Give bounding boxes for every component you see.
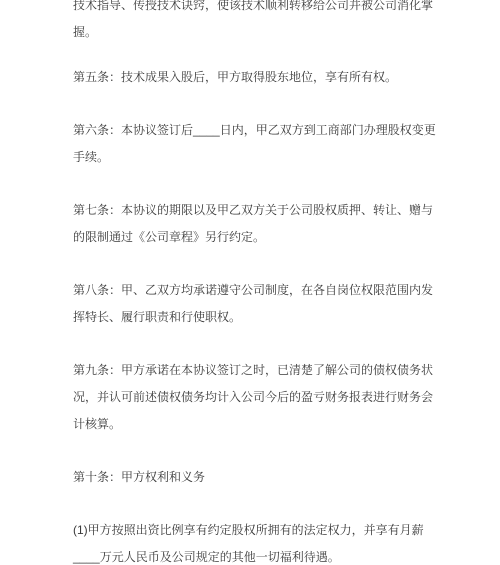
paragraph-article-7: 第七条：本协议的期限以及甲乙双方关于公司股权质押、转让、赠与 的限制通过《公司章…	[73, 197, 429, 251]
document-content: 技术指导、传授技术诀窍，使该技术顺利转移给公司并被公司消化掌 握。 第五条：技术…	[73, 0, 429, 565]
text-line: 况，并认可前述债权债务均计入公司今后的盈亏财务报表进行财务会	[73, 384, 429, 411]
paragraph-clause-continuation: 技术指导、传授技术诀窍，使该技术顺利转移给公司并被公司消化掌 握。	[73, 0, 429, 46]
text-line: 计核算。	[73, 411, 429, 438]
text-line: 挥特长、履行职责和行使职权。	[73, 304, 429, 331]
paragraph-article-8: 第八条：甲、乙双方均承诺遵守公司制度，在各自岗位权限范围内发 挥特长、履行职责和…	[73, 277, 429, 331]
text-line: 第六条：本协议签订后____日内，甲乙双方到工商部门办理股权变更	[73, 117, 429, 144]
text-line: ____万元人民币及公司规定的其他一切福利待遇。	[73, 544, 429, 565]
paragraph-article-6: 第六条：本协议签订后____日内，甲乙双方到工商部门办理股权变更 手续。	[73, 117, 429, 171]
text-line: 第九条：甲方承诺在本协议签订之时，已清楚了解公司的债权债务状	[73, 357, 429, 384]
text-line: 技术指导、传授技术诀窍，使该技术顺利转移给公司并被公司消化掌	[73, 0, 429, 19]
text-line: 手续。	[73, 144, 429, 171]
text-line: 第八条：甲、乙双方均承诺遵守公司制度，在各自岗位权限范围内发	[73, 277, 429, 304]
text-line: (1)甲方按照出资比例享有约定股权所拥有的法定权力，并享有月薪	[73, 517, 429, 544]
paragraph-article-10-heading: 第十条：甲方权利和义务	[73, 464, 429, 491]
document-page: 技术指导、传授技术诀窍，使该技术顺利转移给公司并被公司消化掌 握。 第五条：技术…	[0, 0, 500, 565]
text-line: 第五条：技术成果入股后，甲方取得股东地位，享有所有权。	[73, 64, 429, 91]
paragraph-article-9: 第九条：甲方承诺在本协议签订之时，已清楚了解公司的债权债务状 况，并认可前述债权…	[73, 357, 429, 438]
text-line: 握。	[73, 19, 429, 46]
paragraph-article-10-item-1: (1)甲方按照出资比例享有约定股权所拥有的法定权力，并享有月薪 ____万元人民…	[73, 517, 429, 565]
text-line: 的限制通过《公司章程》另行约定。	[73, 224, 429, 251]
text-line: 第十条：甲方权利和义务	[73, 464, 429, 491]
text-line: 第七条：本协议的期限以及甲乙双方关于公司股权质押、转让、赠与	[73, 197, 429, 224]
paragraph-article-5: 第五条：技术成果入股后，甲方取得股东地位，享有所有权。	[73, 64, 429, 91]
